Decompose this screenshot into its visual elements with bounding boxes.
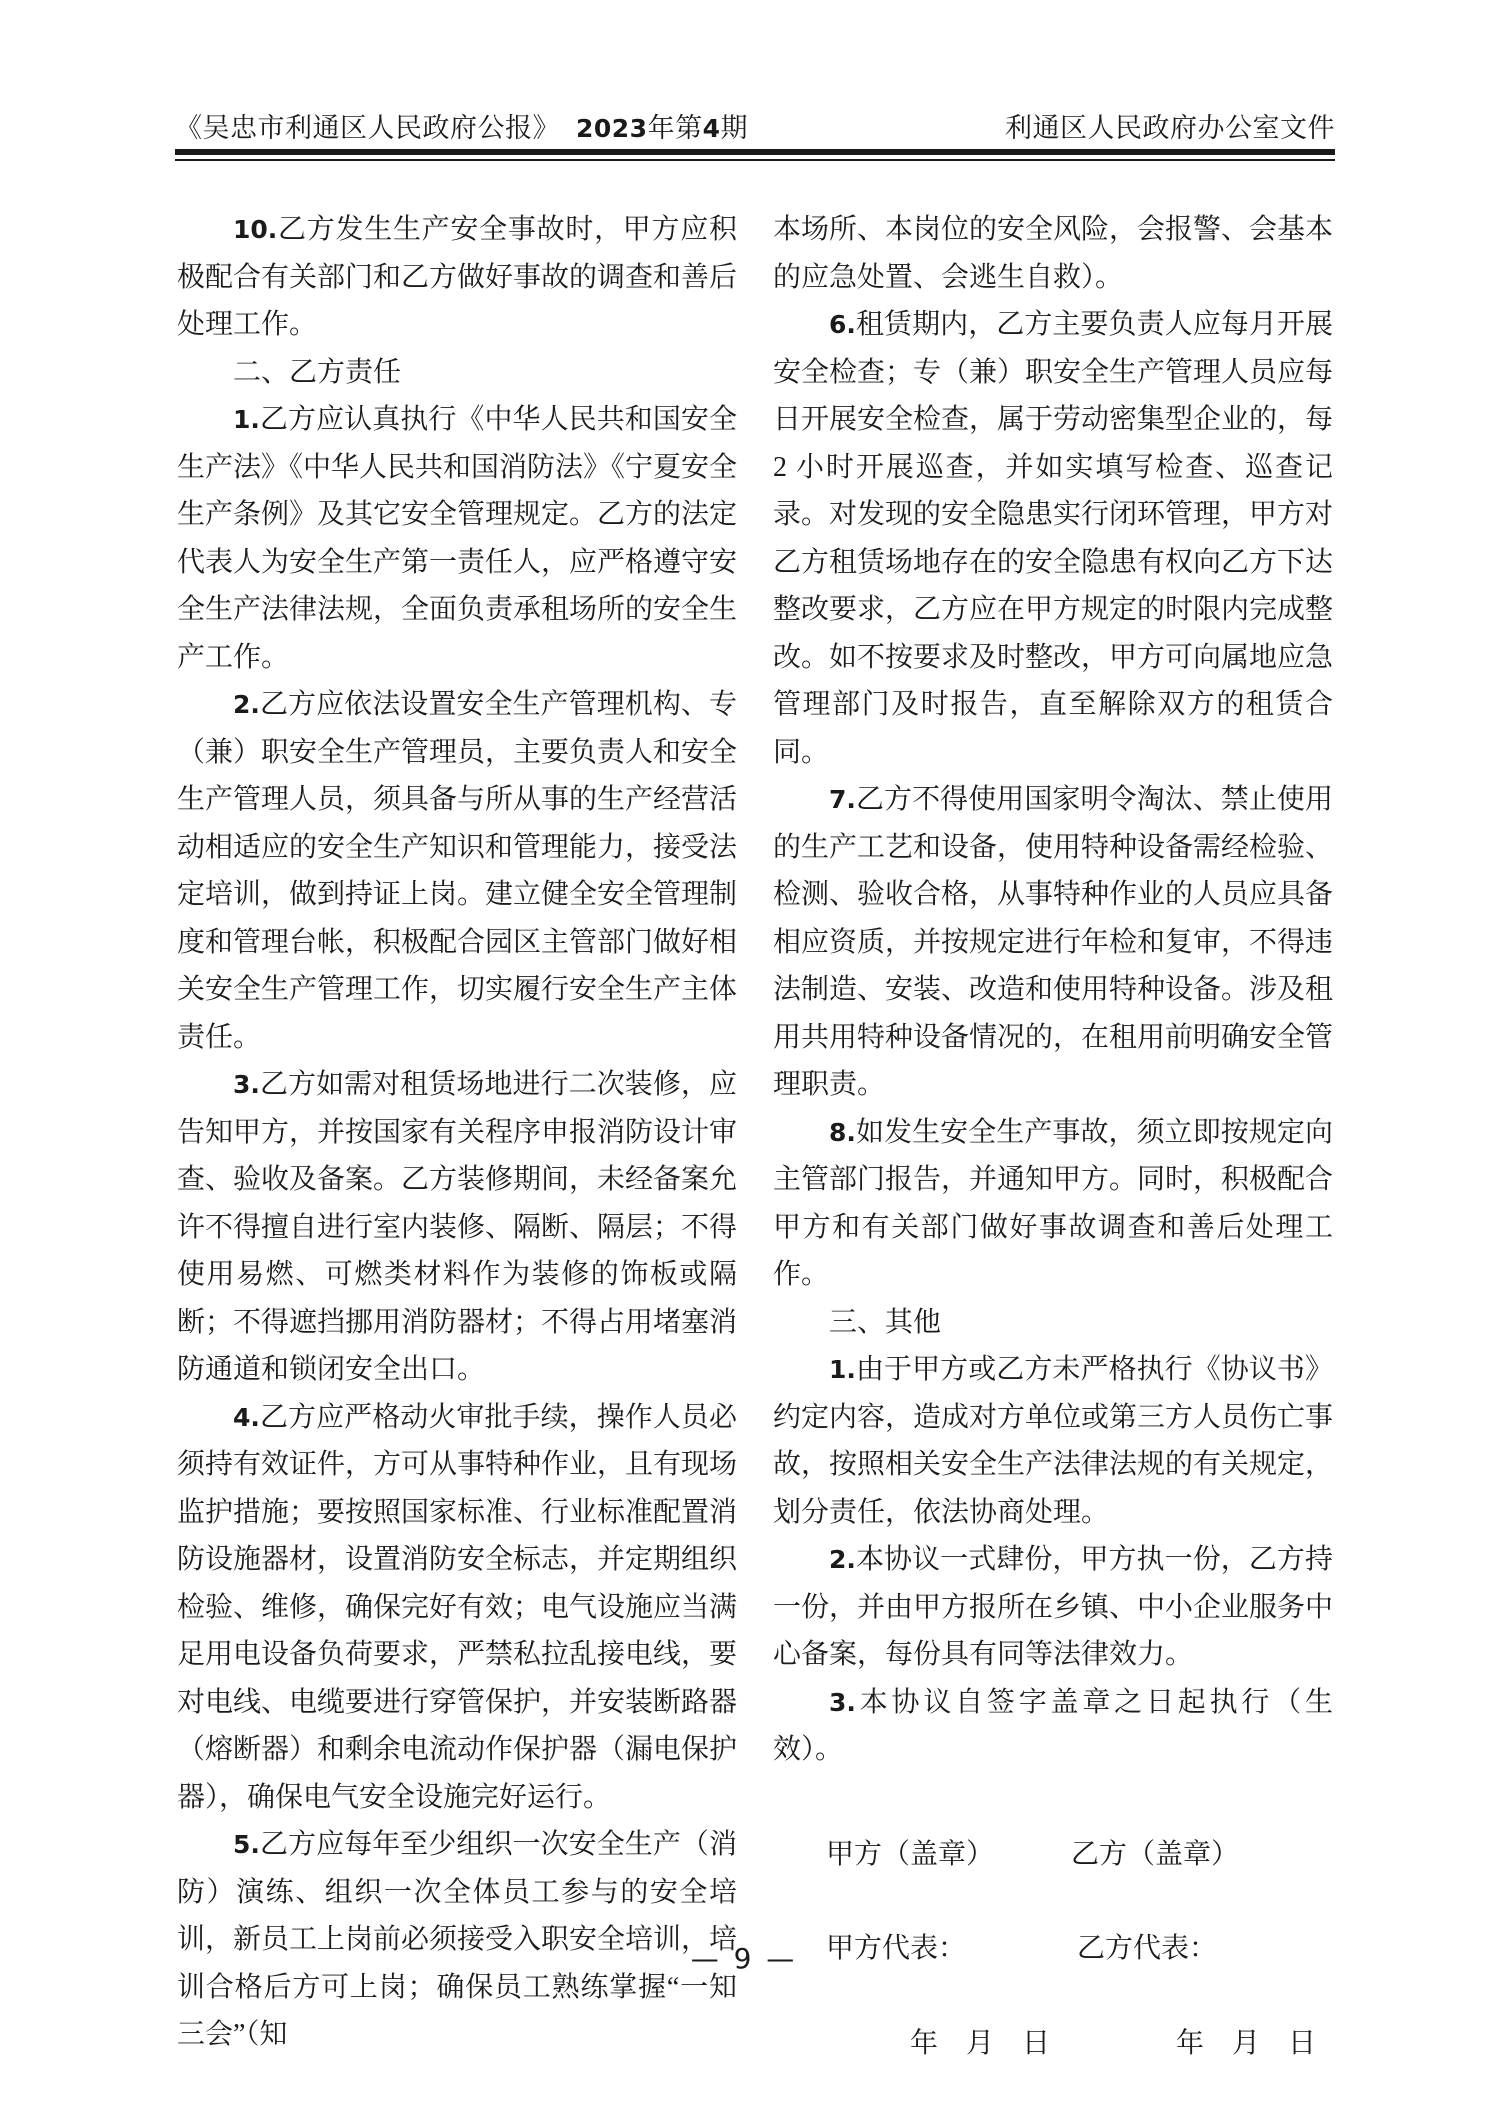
signature-date-row: 年 月 日年 月 日	[773, 2020, 1333, 2068]
paragraph-number: 4.	[233, 1403, 260, 1432]
right-column: 本场所、本岗位的安全风险，会报警、会基本的应急处置、会逃生自救）。 6.租赁期内…	[773, 206, 1333, 2067]
document-page: 《吴忠市利通区人民政府公报》2023年第4期 利通区人民政府办公室文件 10.乙…	[0, 0, 1488, 2104]
paragraph-number: 2.	[233, 690, 260, 719]
party-b-date-line: 年 月 日	[1176, 2028, 1316, 2059]
header-rule-thick	[175, 149, 1335, 155]
party-a-date-line: 年 月 日	[910, 2028, 1050, 2059]
header-rule-thin	[175, 159, 1335, 161]
section-heading-3: 三、其他	[773, 1299, 1333, 1347]
paragraph-2-3: 3.乙方如需对租赁场地进行二次装修，应告知甲方，并按国家有关程序申报消防设计审查…	[177, 1061, 737, 1394]
party-b-seal-label: 乙方（盖章）	[1071, 1839, 1239, 1870]
paragraph-2-1: 1.乙方应认真执行《中华人民共和国安全生产法》《中华人民共和国消防法》《宁夏安全…	[177, 396, 737, 681]
paragraph-3-2: 2.本协议一式肆份，甲方执一份，乙方持一份，并由甲方报所在乡镇、中小企业服务中心…	[773, 1536, 1333, 1679]
signature-seal-row: 甲方（盖章）乙方（盖章）	[773, 1831, 1333, 1879]
issue-label: 2023年第4期	[576, 113, 748, 143]
party-a-seal-label: 甲方（盖章）	[826, 1839, 994, 1870]
page-footer: — 9 —	[0, 1942, 1488, 1975]
page-header: 《吴忠市利通区人民政府公报》2023年第4期 利通区人民政府办公室文件	[175, 106, 1335, 145]
paragraph-number: 10.	[233, 215, 277, 244]
paragraph-number: 2.	[829, 1545, 856, 1574]
paragraph-2-7: 7.乙方不得使用国家明令淘汰、禁止使用的生产工艺和设备，使用特种设备需经检验、检…	[773, 776, 1333, 1109]
paragraph-number: 6.	[829, 310, 856, 339]
paragraph-number: 3.	[233, 1070, 260, 1099]
publication-title: 《吴忠市利通区人民政府公报》	[175, 113, 560, 143]
paragraph-2-2: 2.乙方应依法设置安全生产管理机构、专（兼）职安全生产管理员，主要负责人和安全生…	[177, 681, 737, 1061]
paragraph-number: 8.	[829, 1118, 856, 1147]
paragraph-number: 7.	[829, 785, 856, 814]
paragraph-2-5: 5.乙方应每年至少组织一次安全生产（消防）演练、组织一次全体员工参与的安全培训，…	[177, 1821, 737, 2059]
document-body: 10.乙方发生生产安全事故时，甲方应积极配合有关部门和乙方做好事故的调查和善后处…	[177, 206, 1333, 2067]
paragraph-2-4: 4.乙方应严格动火审批手续，操作人员必须持有效证件，方可从事特种作业，且有现场监…	[177, 1394, 737, 1822]
left-column: 10.乙方发生生产安全事故时，甲方应积极配合有关部门和乙方做好事故的调查和善后处…	[177, 206, 737, 2067]
header-publication: 《吴忠市利通区人民政府公报》2023年第4期	[175, 106, 748, 145]
header-doc-type: 利通区人民政府办公室文件	[1005, 106, 1335, 145]
paragraph-continuation: 本场所、本岗位的安全风险，会报警、会基本的应急处置、会逃生自救）。	[773, 206, 1333, 301]
paragraph-number: 1.	[829, 1355, 856, 1384]
paragraph-3-1: 1.由于甲方或乙方未严格执行《协议书》约定内容，造成对方单位或第三方人员伤亡事故…	[773, 1346, 1333, 1536]
paragraph-number: 5.	[233, 1830, 260, 1859]
section-heading-2: 二、乙方责任	[177, 349, 737, 397]
paragraph-number: 3.	[829, 1688, 856, 1717]
paragraph-number: 1.	[233, 405, 260, 434]
paragraph-3-3: 3.本协议自签字盖章之日起执行（生效）。	[773, 1679, 1333, 1774]
paragraph-2-6: 6.租赁期内，乙方主要负责人应每月开展安全检查；专（兼）职安全生产管理人员应每日…	[773, 301, 1333, 776]
paragraph-10: 10.乙方发生生产安全事故时，甲方应积极配合有关部门和乙方做好事故的调查和善后处…	[177, 206, 737, 349]
paragraph-2-8: 8.如发生安全生产事故，须立即按规定向主管部门报告，并通知甲方。同时，积极配合甲…	[773, 1109, 1333, 1299]
